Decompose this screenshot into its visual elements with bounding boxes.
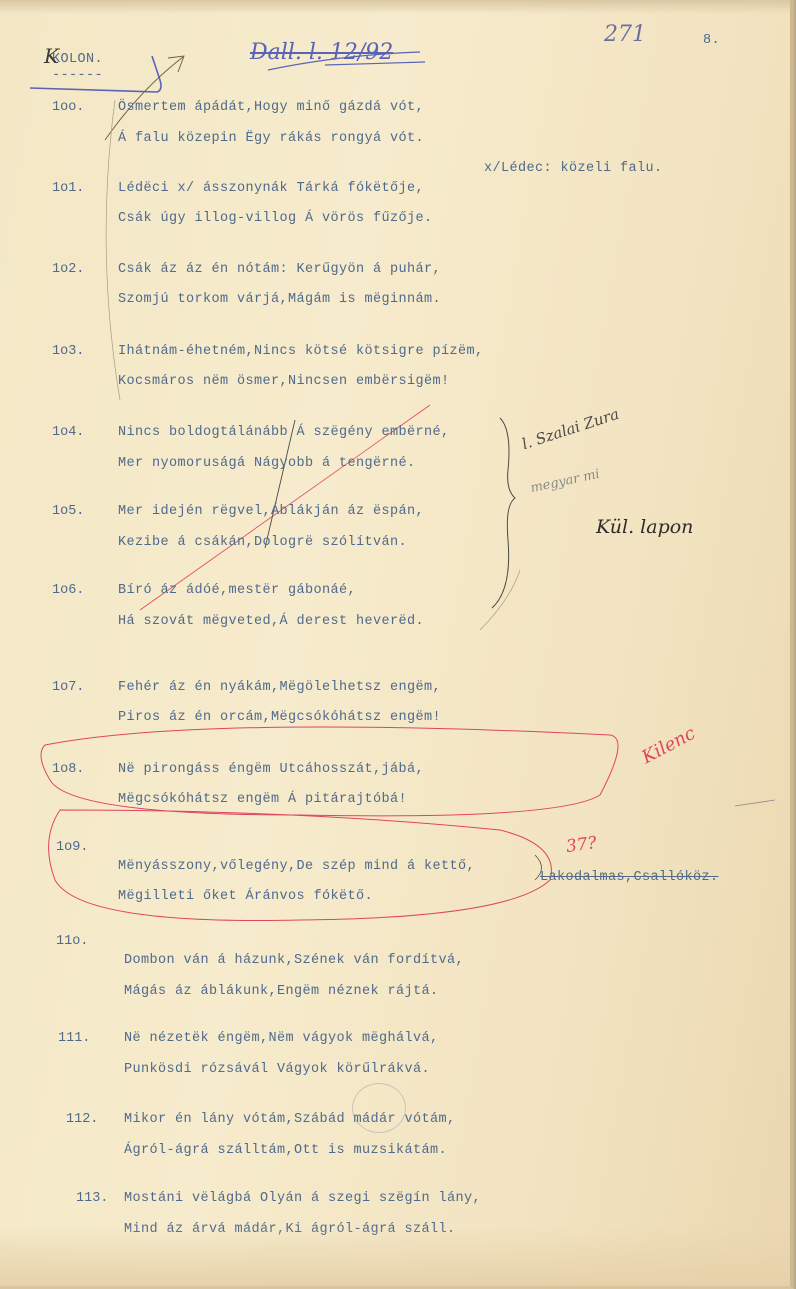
verse-number: 11o.: [56, 934, 88, 949]
verse-number: 112.: [66, 1112, 98, 1127]
verse-line: Fehér áz én nyákám,Mëgölelhetsz engëm,: [118, 680, 441, 695]
verse-line: Dombon ván á házunk,Szének ván fordítvá,: [124, 953, 464, 968]
verse-line: Në pirongáss éngëm Utcáhosszát,jábá,: [118, 762, 424, 777]
verse-number: 1o7.: [52, 680, 84, 695]
verse-line: Mostáni vëlágbá Olyán á szegi szëgín lán…: [124, 1191, 481, 1206]
folio-number-handwritten: 271: [604, 22, 646, 47]
verse-number: 1o6.: [52, 583, 84, 598]
verse-line: Há szovát mëgveted,Á derest heverëd.: [118, 614, 424, 629]
margin-note-pencil-3: Kül. lapon: [596, 516, 693, 538]
verse-number: 111.: [58, 1031, 90, 1046]
verse-line: Ösmertem ápádát,Hogy minő gázdá vót,: [118, 100, 424, 115]
verse-line: Punkösdi rózsávál Vágyok körűlrákvá.: [124, 1062, 430, 1077]
verse-line: Mëgilleti őket Áránvos fókëtő.: [118, 889, 373, 904]
verse-number: 1o9.: [56, 840, 88, 855]
verse-line: Csák áz áz én nótám: Kerűgyön á puhár,: [118, 262, 441, 277]
verse-number: 1o3.: [52, 344, 84, 359]
crossed-reference-note: Dall. l. 12/92: [250, 40, 393, 65]
verse-line: Lédëci x/ ásszonynák Tárká fókëtője,: [118, 181, 424, 196]
verse-number: 1o4.: [52, 425, 84, 440]
verse-number: 1oo.: [52, 100, 84, 115]
verse-line: Ágról-ágrá szálltám,Ott is muzsikátám.: [124, 1143, 447, 1158]
verse-line: Mind áz árvá mádár,Ki ágról-ágrá száll.: [124, 1222, 456, 1237]
section-underline: ------: [52, 68, 103, 83]
verse-number: 1o8.: [52, 762, 84, 777]
verse-line: Mikor én lány vótám,Szábád mádár vótám,: [124, 1112, 456, 1127]
verse-line: Csák úgy illog-villog Á vörös fűzője.: [118, 211, 433, 226]
crossed-typed-note: Lakodalmas,Csallóköz.: [540, 870, 719, 885]
verse-line: Mágás áz áblákunk,Engëm néznek rájtá.: [124, 984, 439, 999]
verse-line: Kocsmáros nëm ösmer,Nincsen embërsigëm!: [118, 374, 450, 389]
section-label: KOLON.: [52, 52, 103, 67]
verse-line: Mer nyomoruságá Nágyobb á tengërné.: [118, 456, 416, 471]
verse-line: Mer idején rëgvel,Áblákján áz ëspán,: [118, 504, 424, 519]
verse-line: Mënyásszony,vőlegény,De szép mind á kett…: [118, 859, 475, 874]
verse-number: 113.: [76, 1191, 108, 1206]
verse-number: 1o5.: [52, 504, 84, 519]
verse-line: Á falu közepin Ëgy rákás rongyá vót.: [118, 131, 424, 146]
verse-number: 1o1.: [52, 181, 84, 196]
footnote: x/Lédec: közeli falu.: [484, 161, 663, 176]
margin-note-red-2: 37?: [565, 833, 598, 857]
margin-note-pencil-2: megyar mi: [529, 467, 601, 496]
verse-line: Szomjú torkom várjá,Mágám is mëginnám.: [118, 292, 441, 307]
verse-line: Ihátnám-éhetném,Nincs kötsé kötsigre píz…: [118, 344, 484, 359]
verse-line: Kezibe á csákán,Dologrë szólítván.: [118, 535, 407, 550]
manuscript-page: KOLON. K ------ Dall. l. 12/92 271 8. x/…: [0, 0, 794, 1289]
margin-note-pencil-1: l. Szalai Zura: [520, 405, 622, 453]
verse-line: Piros áz én orcám,Mëgcsókóhátsz engëm!: [118, 710, 441, 725]
margin-note-red-1: Kilenc: [638, 723, 698, 768]
section-correction-letter: K: [44, 44, 59, 68]
verse-line: Mëgcsókóhátsz engëm Á pitárajtóbá!: [118, 792, 407, 807]
verse-line: Në nézetëk éngëm,Nëm vágyok mëghálvá,: [124, 1031, 439, 1046]
verse-line: Bíró áz ádóé,mestër gábonáé,: [118, 583, 356, 598]
verse-number: 1o2.: [52, 262, 84, 277]
verse-line: Nincs boldogtálánább Á szëgény embërné,: [118, 425, 450, 440]
page-number: 8.: [703, 33, 720, 48]
